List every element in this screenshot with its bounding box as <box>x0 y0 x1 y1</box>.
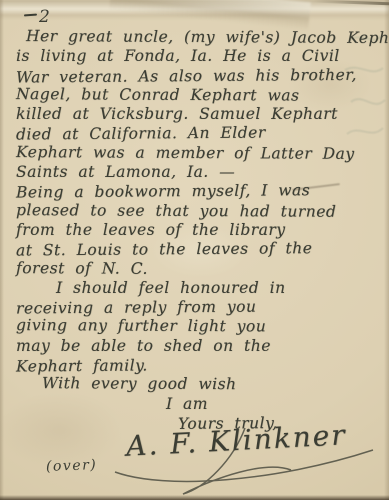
letter-line: may be able to shed on the <box>16 337 385 356</box>
letter-line: giving any further light you <box>16 316 385 337</box>
over-note: (over) <box>46 457 98 475</box>
letter-body: Her great uncle, (my wife's) Jacob Kepha… <box>16 28 385 433</box>
letter-line: Her great uncle, (my wife's) Jacob Kepha… <box>26 27 385 48</box>
letter-line: Nagel, but Conrad Kephart was <box>16 85 385 106</box>
letter-line: War veteran. As also was his brother, <box>16 65 385 87</box>
letter-line: forest of N. C. <box>16 259 385 280</box>
letter-line: pleased to see that you had turned <box>16 201 385 222</box>
page-number: 2 <box>24 7 51 27</box>
letter-line: I should feel honoured in <box>56 279 385 298</box>
letter-line: Saints at Lamona, Ia. — <box>16 163 385 182</box>
letter-line: Kephart was a member of Latter Day <box>16 143 385 164</box>
pen-dash <box>24 14 37 17</box>
letter-line: killed at Vicksburg. Samuel Kephart <box>16 105 385 124</box>
page-number-text: 2 <box>39 7 51 27</box>
letter-line: is living at Fonda, Ia. He is a Civil <box>16 47 385 66</box>
letter-line: died at California. An Elder <box>16 123 385 145</box>
paper-edge-left <box>0 0 4 500</box>
letter-line: Being a bookworm myself, I was <box>16 181 385 203</box>
paper-edge-bottom <box>0 495 389 500</box>
letter-line: at St. Louis to the leaves of the <box>16 239 385 261</box>
closing-wish: With every good wish <box>42 374 385 395</box>
closing-i-am: I am <box>166 395 385 414</box>
letter-page: 2 Her great uncle, (my wife's) Jacob Kep… <box>0 0 389 500</box>
letter-line: from the leaves of the library <box>16 221 385 240</box>
